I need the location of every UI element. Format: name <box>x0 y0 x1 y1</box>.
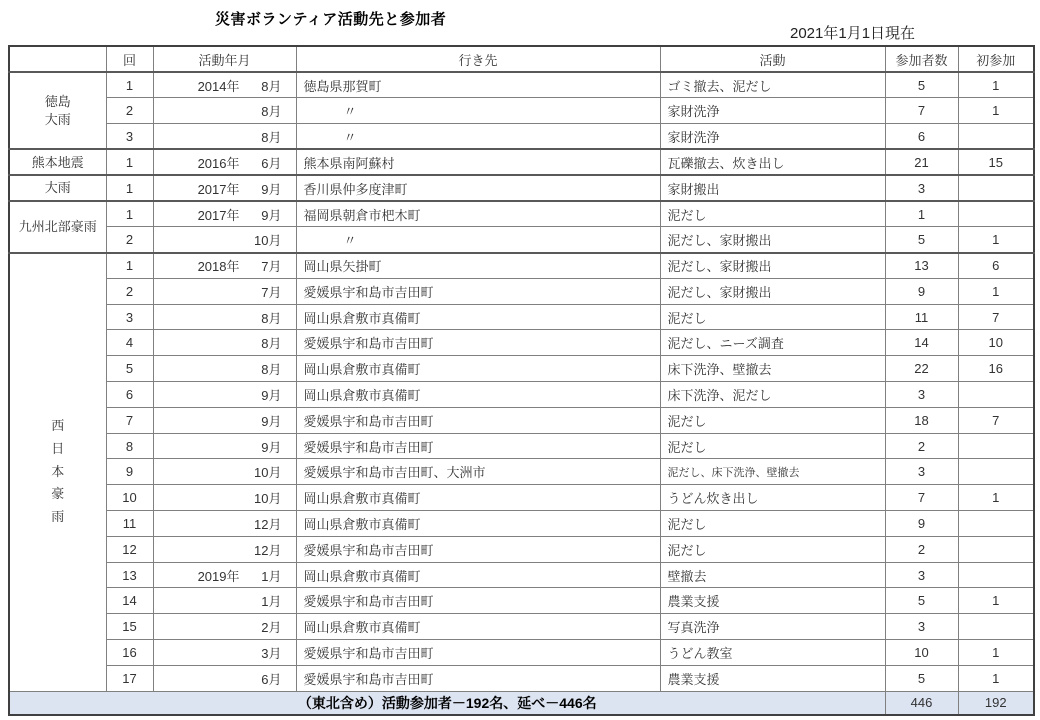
participants-cell: 3 <box>885 562 958 588</box>
destination-ditto-cell: 〃 <box>296 227 660 253</box>
first-timers-cell <box>958 459 1034 485</box>
month-text: 6月 <box>240 669 296 688</box>
round-cell: 8 <box>106 433 153 459</box>
round-cell: 15 <box>106 614 153 640</box>
activity-cell: 家財洗浄 <box>660 124 885 150</box>
month-text: 1月 <box>240 566 296 585</box>
destination-cell: 愛媛県宇和島市吉田町 <box>296 640 660 666</box>
first-timers-cell: 1 <box>958 485 1034 511</box>
participants-cell: 3 <box>885 459 958 485</box>
destination-cell: 福岡県朝倉市杷木町 <box>296 201 660 227</box>
participants-cell: 7 <box>885 98 958 124</box>
page-title: 災害ボランティア活動先と参加者 <box>215 8 446 29</box>
round-cell: 17 <box>106 665 153 691</box>
date-cell: 12月 <box>153 536 296 562</box>
table-row: 163月愛媛県宇和島市吉田町うどん教室101 <box>9 640 1034 666</box>
participants-cell: 13 <box>885 253 958 279</box>
table-header: 回 活動年月 行き先 活動 参加者数 初参加 <box>9 46 1034 72</box>
destination-cell: 岡山県倉敷市真備町 <box>296 356 660 382</box>
table-row: 西日本豪雨12018年7月岡山県矢掛町泥だし、家財搬出136 <box>9 253 1034 279</box>
year-text: 2018年 <box>154 256 240 275</box>
round-cell: 2 <box>106 278 153 304</box>
month-text: 8月 <box>240 308 296 327</box>
first-timers-cell <box>958 201 1034 227</box>
year-text: 2014年 <box>154 76 240 95</box>
month-text: 12月 <box>240 514 296 533</box>
month-text: 8月 <box>240 76 296 95</box>
activity-cell: 泥だし <box>660 511 885 537</box>
date-cell: 10月 <box>153 485 296 511</box>
activity-cell: 農業支援 <box>660 665 885 691</box>
destination-cell: 岡山県倉敷市真備町 <box>296 382 660 408</box>
participants-cell: 10 <box>885 640 958 666</box>
first-timers-cell <box>958 511 1034 537</box>
activity-cell: 泥だし <box>660 201 885 227</box>
activity-cell: 床下洗浄、泥だし <box>660 382 885 408</box>
date-cell: 6月 <box>153 665 296 691</box>
first-timers-cell <box>958 536 1034 562</box>
month-text: 7月 <box>240 256 296 275</box>
table-row: 69月岡山県倉敷市真備町床下洗浄、泥だし3 <box>9 382 1034 408</box>
destination-cell: 香川県仲多度津町 <box>296 175 660 201</box>
first-timers-cell <box>958 433 1034 459</box>
month-text: 6月 <box>240 153 296 172</box>
round-cell: 13 <box>106 562 153 588</box>
date-cell: 7月 <box>153 278 296 304</box>
month-text: 10月 <box>240 230 296 249</box>
round-cell: 3 <box>106 304 153 330</box>
as-of-date: 2021年1月1日現在 <box>790 22 915 43</box>
activity-cell: 泥だし <box>660 407 885 433</box>
activity-cell: 泥だし <box>660 433 885 459</box>
header-date: 活動年月 <box>153 46 296 72</box>
header-row: 回 活動年月 行き先 活動 参加者数 初参加 <box>9 46 1034 72</box>
first-timers-cell: 15 <box>958 149 1034 175</box>
activity-cell: 泥だし、床下洗浄、壁撤去 <box>660 459 885 485</box>
first-timers-cell: 16 <box>958 356 1034 382</box>
month-text: 8月 <box>240 127 296 146</box>
participants-cell: 1 <box>885 201 958 227</box>
activity-cell: 泥だし、ニーズ調査 <box>660 330 885 356</box>
participants-cell: 9 <box>885 511 958 537</box>
date-cell: 1月 <box>153 588 296 614</box>
activity-cell: 家財搬出 <box>660 175 885 201</box>
activity-cell: 泥だし <box>660 304 885 330</box>
table-row: 210月〃泥だし、家財搬出51 <box>9 227 1034 253</box>
participants-cell: 2 <box>885 536 958 562</box>
participants-cell: 21 <box>885 149 958 175</box>
header-destination: 行き先 <box>296 46 660 72</box>
table-footer: （東北含め）活動参加者－192名、延べ－446名 446 192 <box>9 691 1034 715</box>
round-cell: 14 <box>106 588 153 614</box>
table-row: 1212月愛媛県宇和島市吉田町泥だし2 <box>9 536 1034 562</box>
first-timers-cell <box>958 614 1034 640</box>
group-label-cell: 大雨 <box>9 175 106 201</box>
table-row: 27月愛媛県宇和島市吉田町泥だし、家財搬出91 <box>9 278 1034 304</box>
month-text: 10月 <box>240 462 296 481</box>
date-cell: 9月 <box>153 407 296 433</box>
participants-cell: 3 <box>885 175 958 201</box>
round-cell: 1 <box>106 175 153 201</box>
table-row: 58月岡山県倉敷市真備町床下洗浄、壁撤去2216 <box>9 356 1034 382</box>
date-cell: 2017年9月 <box>153 201 296 227</box>
participants-cell: 3 <box>885 614 958 640</box>
month-text: 1月 <box>240 591 296 610</box>
table-row: 89月愛媛県宇和島市吉田町泥だし2 <box>9 433 1034 459</box>
table-row: 38月〃家財洗浄6 <box>9 124 1034 150</box>
round-cell: 16 <box>106 640 153 666</box>
month-text: 9月 <box>240 205 296 224</box>
first-timers-cell: 6 <box>958 253 1034 279</box>
first-timers-cell <box>958 382 1034 408</box>
participants-cell: 7 <box>885 485 958 511</box>
participants-cell: 2 <box>885 433 958 459</box>
header-group <box>9 46 106 72</box>
participants-cell: 11 <box>885 304 958 330</box>
activity-cell: うどん教室 <box>660 640 885 666</box>
table-body: 徳島大雨12014年8月徳島県那賀町ゴミ撤去、泥だし5128月〃家財洗浄7138… <box>9 72 1034 691</box>
participants-cell: 5 <box>885 588 958 614</box>
total-first-timers: 192 <box>958 691 1034 715</box>
destination-cell: 愛媛県宇和島市吉田町 <box>296 407 660 433</box>
group-label-cell: 徳島大雨 <box>9 72 106 149</box>
month-text: 10月 <box>240 488 296 507</box>
date-cell: 8月 <box>153 304 296 330</box>
participants-cell: 9 <box>885 278 958 304</box>
month-text: 12月 <box>240 540 296 559</box>
round-cell: 2 <box>106 227 153 253</box>
header-first-timers: 初参加 <box>958 46 1034 72</box>
activity-cell: 床下洗浄、壁撤去 <box>660 356 885 382</box>
destination-cell: 岡山県倉敷市真備町 <box>296 485 660 511</box>
round-cell: 6 <box>106 382 153 408</box>
first-timers-cell: 7 <box>958 407 1034 433</box>
round-cell: 12 <box>106 536 153 562</box>
header-activity: 活動 <box>660 46 885 72</box>
month-text: 8月 <box>240 359 296 378</box>
destination-cell: 愛媛県宇和島市吉田町 <box>296 665 660 691</box>
destination-cell: 熊本県南阿蘇村 <box>296 149 660 175</box>
activity-cell: 泥だし <box>660 536 885 562</box>
round-cell: 3 <box>106 124 153 150</box>
date-cell: 9月 <box>153 433 296 459</box>
destination-cell: 岡山県倉敷市真備町 <box>296 562 660 588</box>
table-row: 1010月岡山県倉敷市真備町うどん炊き出し71 <box>9 485 1034 511</box>
activity-cell: 写真洗浄 <box>660 614 885 640</box>
month-text: 9月 <box>240 437 296 456</box>
date-cell: 3月 <box>153 640 296 666</box>
year-text: 2016年 <box>154 153 240 172</box>
destination-cell: 愛媛県宇和島市吉田町 <box>296 278 660 304</box>
participants-cell: 5 <box>885 665 958 691</box>
date-cell: 2016年6月 <box>153 149 296 175</box>
table-row: 38月岡山県倉敷市真備町泥だし117 <box>9 304 1034 330</box>
first-timers-cell: 1 <box>958 665 1034 691</box>
activity-cell: 泥だし、家財搬出 <box>660 253 885 279</box>
header-participants: 参加者数 <box>885 46 958 72</box>
round-cell: 1 <box>106 253 153 279</box>
activity-cell: 瓦礫撤去、炊き出し <box>660 149 885 175</box>
first-timers-cell: 1 <box>958 278 1034 304</box>
date-cell: 2014年8月 <box>153 72 296 98</box>
table-row: 28月〃家財洗浄71 <box>9 98 1034 124</box>
participants-cell: 22 <box>885 356 958 382</box>
year-text: 2019年 <box>154 566 240 585</box>
group-label-cell: 西日本豪雨 <box>9 253 106 692</box>
round-cell: 2 <box>106 98 153 124</box>
participants-cell: 18 <box>885 407 958 433</box>
destination-cell: 愛媛県宇和島市吉田町 <box>296 433 660 459</box>
date-cell: 9月 <box>153 382 296 408</box>
table-row: 910月愛媛県宇和島市吉田町、大洲市泥だし、床下洗浄、壁撤去3 <box>9 459 1034 485</box>
round-cell: 5 <box>106 356 153 382</box>
date-cell: 2018年7月 <box>153 253 296 279</box>
destination-cell: 愛媛県宇和島市吉田町 <box>296 536 660 562</box>
round-cell: 10 <box>106 485 153 511</box>
first-timers-cell: 1 <box>958 98 1034 124</box>
activity-cell: 壁撤去 <box>660 562 885 588</box>
activity-cell: 泥だし、家財搬出 <box>660 227 885 253</box>
first-timers-cell <box>958 562 1034 588</box>
destination-cell: 岡山県矢掛町 <box>296 253 660 279</box>
table-row: 徳島大雨12014年8月徳島県那賀町ゴミ撤去、泥だし51 <box>9 72 1034 98</box>
table-row: 176月愛媛県宇和島市吉田町農業支援51 <box>9 665 1034 691</box>
destination-cell: 徳島県那賀町 <box>296 72 660 98</box>
first-timers-cell <box>958 124 1034 150</box>
date-cell: 10月 <box>153 227 296 253</box>
table-row: 1112月岡山県倉敷市真備町泥だし9 <box>9 511 1034 537</box>
participants-cell: 5 <box>885 72 958 98</box>
destination-cell: 岡山県倉敷市真備町 <box>296 304 660 330</box>
participants-cell: 14 <box>885 330 958 356</box>
table-row: 48月愛媛県宇和島市吉田町泥だし、ニーズ調査1410 <box>9 330 1034 356</box>
first-timers-cell: 10 <box>958 330 1034 356</box>
group-label-cell: 九州北部豪雨 <box>9 201 106 253</box>
year-text: 2017年 <box>154 179 240 198</box>
table-row: 九州北部豪雨12017年9月福岡県朝倉市杷木町泥だし1 <box>9 201 1034 227</box>
month-text: 8月 <box>240 333 296 352</box>
month-text: 8月 <box>240 101 296 120</box>
round-cell: 9 <box>106 459 153 485</box>
date-cell: 2019年1月 <box>153 562 296 588</box>
destination-cell: 愛媛県宇和島市吉田町 <box>296 330 660 356</box>
month-text: 3月 <box>240 643 296 662</box>
volunteer-activity-table: 回 活動年月 行き先 活動 参加者数 初参加 徳島大雨12014年8月徳島県那賀… <box>8 45 1035 716</box>
participants-cell: 6 <box>885 124 958 150</box>
table-row: 141月愛媛県宇和島市吉田町農業支援51 <box>9 588 1034 614</box>
first-timers-cell: 1 <box>958 640 1034 666</box>
activity-cell: 家財洗浄 <box>660 98 885 124</box>
first-timers-cell <box>958 175 1034 201</box>
month-text: 7月 <box>240 282 296 301</box>
month-text: 9月 <box>240 411 296 430</box>
date-cell: 8月 <box>153 356 296 382</box>
first-timers-cell: 1 <box>958 588 1034 614</box>
date-cell: 8月 <box>153 330 296 356</box>
group-label-cell: 熊本地震 <box>9 149 106 175</box>
month-text: 9月 <box>240 385 296 404</box>
table-row: 152月岡山県倉敷市真備町写真洗浄3 <box>9 614 1034 640</box>
date-cell: 12月 <box>153 511 296 537</box>
table-row: 79月愛媛県宇和島市吉田町泥だし187 <box>9 407 1034 433</box>
month-text: 9月 <box>240 179 296 198</box>
header-round: 回 <box>106 46 153 72</box>
date-cell: 8月 <box>153 124 296 150</box>
date-cell: 8月 <box>153 98 296 124</box>
round-cell: 4 <box>106 330 153 356</box>
destination-cell: 愛媛県宇和島市吉田町 <box>296 588 660 614</box>
round-cell: 1 <box>106 72 153 98</box>
total-participants: 446 <box>885 691 958 715</box>
activity-cell: 農業支援 <box>660 588 885 614</box>
total-label: （東北含め）活動参加者－192名、延べ－446名 <box>9 691 885 715</box>
first-timers-cell: 1 <box>958 227 1034 253</box>
year-text: 2017年 <box>154 205 240 224</box>
first-timers-cell: 1 <box>958 72 1034 98</box>
table-row: 熊本地震12016年6月熊本県南阿蘇村瓦礫撤去、炊き出し2115 <box>9 149 1034 175</box>
participants-cell: 5 <box>885 227 958 253</box>
total-row: （東北含め）活動参加者－192名、延べ－446名 446 192 <box>9 691 1034 715</box>
destination-cell: 愛媛県宇和島市吉田町、大洲市 <box>296 459 660 485</box>
month-text: 2月 <box>240 617 296 636</box>
round-cell: 1 <box>106 149 153 175</box>
round-cell: 1 <box>106 201 153 227</box>
destination-ditto-cell: 〃 <box>296 124 660 150</box>
participants-cell: 3 <box>885 382 958 408</box>
activity-cell: 泥だし、家財搬出 <box>660 278 885 304</box>
round-cell: 11 <box>106 511 153 537</box>
date-cell: 2017年9月 <box>153 175 296 201</box>
table-row: 大雨12017年9月香川県仲多度津町家財搬出3 <box>9 175 1034 201</box>
date-cell: 2月 <box>153 614 296 640</box>
activity-cell: うどん炊き出し <box>660 485 885 511</box>
destination-ditto-cell: 〃 <box>296 98 660 124</box>
activity-cell: ゴミ撤去、泥だし <box>660 72 885 98</box>
date-cell: 10月 <box>153 459 296 485</box>
table-row: 132019年1月岡山県倉敷市真備町壁撤去3 <box>9 562 1034 588</box>
destination-cell: 岡山県倉敷市真備町 <box>296 511 660 537</box>
destination-cell: 岡山県倉敷市真備町 <box>296 614 660 640</box>
round-cell: 7 <box>106 407 153 433</box>
first-timers-cell: 7 <box>958 304 1034 330</box>
